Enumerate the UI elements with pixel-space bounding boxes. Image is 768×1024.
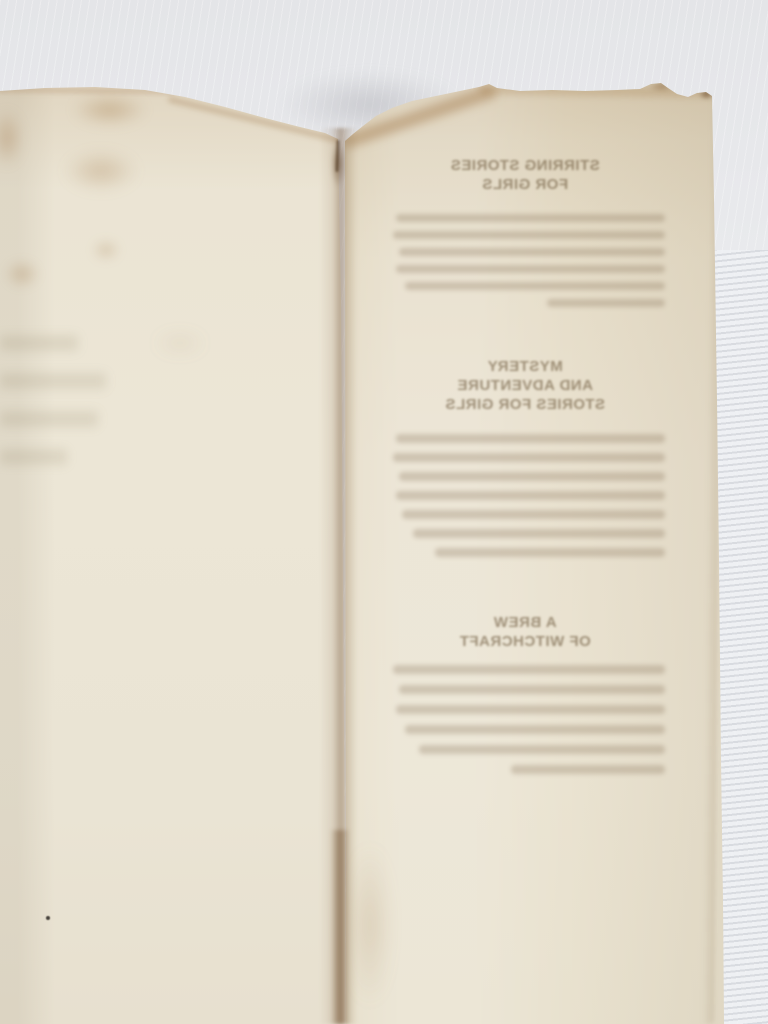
- ghost-text-line: [413, 529, 665, 538]
- ghost-text-line: [396, 434, 665, 443]
- ghost-text-line: [396, 214, 665, 222]
- ghost-text-line: [393, 231, 665, 239]
- stain-blob: [148, 330, 212, 356]
- ghost-text-line: [419, 745, 665, 754]
- showthrough-heading-line: OF WITCHCRAFT: [385, 632, 665, 651]
- ghost-text-line: [511, 765, 665, 774]
- showthrough-heading-line: MYSTERY: [385, 357, 665, 376]
- ghost-text-line: [396, 491, 665, 500]
- stain-blob: [88, 236, 124, 264]
- ghost-text-line: [405, 725, 665, 734]
- ghost-text-line: [399, 472, 665, 481]
- ghost-text-line: [435, 548, 665, 557]
- showthrough-heading-line: STORIES FOR GIRLS: [385, 395, 665, 414]
- ghost-text-line: [396, 705, 665, 714]
- ghost-text-line: [0, 335, 78, 351]
- stain-blob: [0, 102, 26, 174]
- showthrough-heading-line: AND ADVENTURE: [385, 376, 665, 395]
- ghost-text-line: [547, 299, 665, 307]
- showthrough-paragraph: [385, 214, 665, 307]
- ghost-text-line: [0, 411, 98, 427]
- dust-speck: [46, 916, 50, 920]
- faint-showthrough-text: [0, 335, 115, 487]
- ghost-text-line: [399, 685, 665, 694]
- ghost-text-line: [0, 449, 67, 465]
- ghost-text-line: [399, 248, 665, 256]
- showthrough-ad-block-1: STIRRING STORIES FOR GIRLS: [385, 156, 665, 307]
- stain-blob: [62, 90, 157, 130]
- ghost-text-line: [393, 665, 665, 674]
- gutter-bottom-stain: [330, 830, 352, 1024]
- showthrough-paragraph: [385, 434, 665, 557]
- showthrough-heading-line: A BREW: [385, 613, 665, 632]
- stain-blob: [55, 146, 147, 196]
- ghost-text-line: [393, 453, 665, 462]
- showthrough-ad-block-2: MYSTERY AND ADVENTURE STORIES FOR GIRLS: [385, 357, 665, 557]
- ghost-text-line: [396, 265, 665, 273]
- showthrough-paragraph: [385, 665, 665, 774]
- showthrough-text-column: STIRRING STORIES FOR GIRLS MYSTERY AND A…: [385, 150, 665, 785]
- showthrough-heading-line: STIRRING STORIES: [385, 156, 665, 175]
- showthrough-ad-block-3: A BREW OF WITCHCRAFT: [385, 613, 665, 774]
- ghost-text-line: [402, 510, 665, 519]
- ghost-text-line: [0, 373, 106, 389]
- ghost-text-line: [405, 282, 665, 290]
- showthrough-heading-line: FOR GIRLS: [385, 175, 665, 194]
- stain-blob: [0, 256, 44, 292]
